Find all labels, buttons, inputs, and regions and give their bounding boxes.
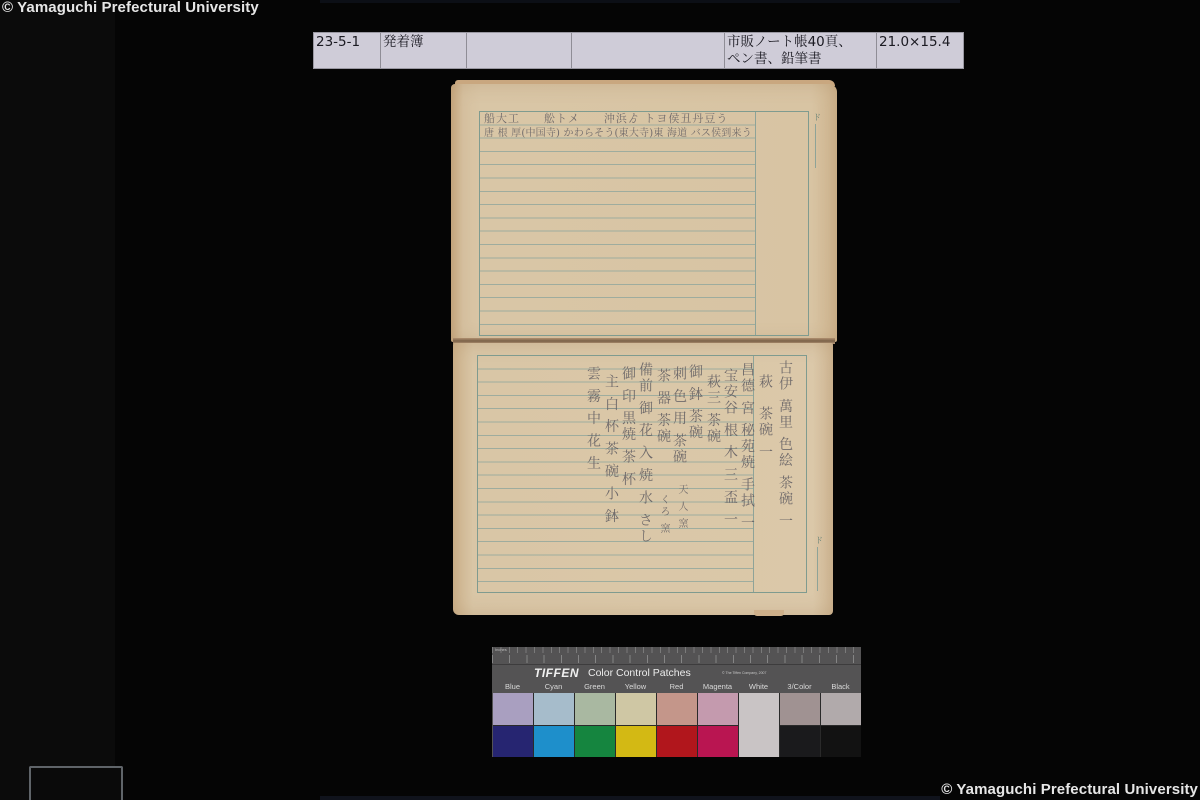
catalog-blank-1 bbox=[467, 33, 572, 68]
catalog-dimensions: 21.0×15.4 bbox=[877, 33, 963, 68]
background-bottom-strip bbox=[320, 796, 940, 800]
ruler-inches-label: Inches bbox=[495, 647, 507, 652]
patch-top-red bbox=[657, 693, 697, 725]
handwriting-column-7: 刺 色 用 茶碗 bbox=[672, 366, 686, 465]
background-left-panel bbox=[0, 0, 115, 800]
background-top-strip bbox=[320, 0, 960, 3]
handwriting-column-6: 御 鉢 茶碗 bbox=[688, 364, 702, 441]
patch-top-magenta bbox=[698, 693, 738, 725]
patch-label-black: Black bbox=[820, 682, 861, 693]
catalog-description-line-1: 市販ノート帳40頁、 bbox=[727, 34, 874, 51]
handwriting-column-2: 萩 茶碗 一 bbox=[758, 374, 772, 460]
page-tab-edge bbox=[754, 610, 784, 616]
patch-bottom-cyan bbox=[534, 726, 574, 758]
catalog-id: 23-5-1 bbox=[314, 33, 381, 68]
handwriting-column-12: 雲 霧 中 花 生 bbox=[586, 366, 600, 472]
patch-bottom-yellow bbox=[616, 726, 656, 758]
patch-bottom-black bbox=[821, 726, 861, 758]
chart-brand-row: TIFFEN Color Control Patches © The Tiffe… bbox=[492, 666, 861, 681]
handwriting-line-2: 唐 根 厚(中国寺) かわらそう(東大寺)東 海道 バス侯到来う bbox=[484, 124, 752, 139]
handwriting-column-11: 主 白 杯 茶 碗 小 鉢 bbox=[604, 374, 618, 525]
patch-bottom-3color bbox=[780, 726, 820, 758]
cm-ticks bbox=[492, 655, 861, 663]
handwriting-annotation-1: 天 人 窯 bbox=[674, 484, 688, 530]
margin-vertical-rule bbox=[755, 112, 756, 335]
patch-top-green bbox=[575, 693, 615, 725]
catalog-description: 市販ノート帳40頁、 ペン書、鉛筆書 bbox=[725, 33, 877, 68]
chart-copyright: © The Tiffen Company, 2007 bbox=[722, 671, 766, 675]
patch-bottom-blue bbox=[493, 726, 533, 758]
catalog-description-line-2: ペン書、鉛筆書 bbox=[727, 51, 874, 68]
patch-label-green: Green bbox=[574, 682, 615, 693]
handwriting-column-4: 宝安谷 根 木 三 盃 一 bbox=[723, 368, 737, 528]
glass-weight-object bbox=[29, 766, 123, 800]
patch-top-3color bbox=[780, 693, 820, 725]
notebook-bottom-page: 古伊 萬里 色絵 茶碗 一 萩 茶碗 一 昌德 宮 秘苑焼 手拭 一 宝安谷 根… bbox=[453, 343, 833, 615]
patch-label-magenta: Magenta bbox=[697, 682, 738, 693]
margin-mark-bottom: ド bbox=[815, 537, 821, 545]
handwriting-column-9: 備前 御 花 入 焼 水 さし bbox=[638, 362, 652, 545]
inch-ticks bbox=[492, 647, 861, 653]
notebook-top-page: 船大工 舩トメ 沖浜ゟ トヨ侯丑丹豆う 唐 根 厚(中国寺) かわらそう(東大寺… bbox=[451, 84, 837, 342]
tiffen-logo: TIFFEN bbox=[534, 666, 579, 680]
patch-label-red: Red bbox=[656, 682, 697, 693]
notebook-photo: 船大工 舩トメ 沖浜ゟ トヨ侯丑丹豆う 唐 根 厚(中国寺) かわらそう(東大寺… bbox=[449, 80, 841, 617]
handwriting-column-10: 御 印 黒焼 茶 杯 bbox=[621, 366, 635, 488]
ruled-frame-top: 船大工 舩トメ 沖浜ゟ トヨ侯丑丹豆う 唐 根 厚(中国寺) かわらそう(東大寺… bbox=[479, 111, 809, 336]
patch-bottom-green bbox=[575, 726, 615, 758]
copyright-watermark-top-left: © Yamaguchi Prefectural University bbox=[2, 0, 259, 16]
margin-rule-top bbox=[815, 124, 816, 168]
ruled-lines bbox=[480, 112, 756, 335]
handwriting-column-5: 萩三 茶碗 bbox=[706, 374, 720, 444]
patch-top-white bbox=[739, 693, 779, 757]
patch-bottom-magenta bbox=[698, 726, 738, 758]
handwriting-column-1: 古伊 萬里 色絵 茶碗 一 bbox=[778, 360, 792, 530]
handwriting-column-3: 昌德 宮 秘苑焼 手拭 一 bbox=[740, 362, 754, 532]
catalog-blank-2 bbox=[572, 33, 725, 68]
copyright-watermark-bottom-right: © Yamaguchi Prefectural University bbox=[941, 781, 1198, 798]
margin-rule-bottom bbox=[817, 547, 818, 591]
patch-label-cyan: Cyan bbox=[533, 682, 574, 693]
patch-labels: Blue Cyan Green Yellow Red Magenta White… bbox=[492, 682, 861, 693]
tiffen-color-chart: Inches TIFFEN Color Control Patches © Th… bbox=[492, 647, 861, 757]
patch-label-yellow: Yellow bbox=[615, 682, 656, 693]
patch-bottom-red bbox=[657, 726, 697, 758]
catalog-label: 23-5-1 発着簿 市販ノート帳40頁、 ペン書、鉛筆書 21.0×15.4 bbox=[313, 32, 964, 69]
patch-label-blue: Blue bbox=[492, 682, 533, 693]
color-patch-grid bbox=[493, 693, 861, 757]
handwriting-column-8: 茶 器 茶碗 bbox=[656, 368, 670, 445]
margin-mark-top: ド bbox=[813, 114, 819, 122]
patch-top-black bbox=[821, 693, 861, 725]
patch-top-yellow bbox=[616, 693, 656, 725]
ruled-frame-bottom: 古伊 萬里 色絵 茶碗 一 萩 茶碗 一 昌德 宮 秘苑焼 手拭 一 宝安谷 根… bbox=[477, 355, 807, 593]
patch-label-3color: 3/Color bbox=[779, 682, 820, 693]
measurement-ruler: Inches bbox=[492, 647, 861, 665]
patch-label-white: White bbox=[738, 682, 779, 693]
patch-top-blue bbox=[493, 693, 533, 725]
catalog-title: 発着簿 bbox=[381, 33, 467, 68]
handwriting-annotation-2: くろ 窯 bbox=[656, 494, 670, 535]
patch-top-cyan bbox=[534, 693, 574, 725]
chart-title: Color Control Patches bbox=[588, 667, 691, 679]
